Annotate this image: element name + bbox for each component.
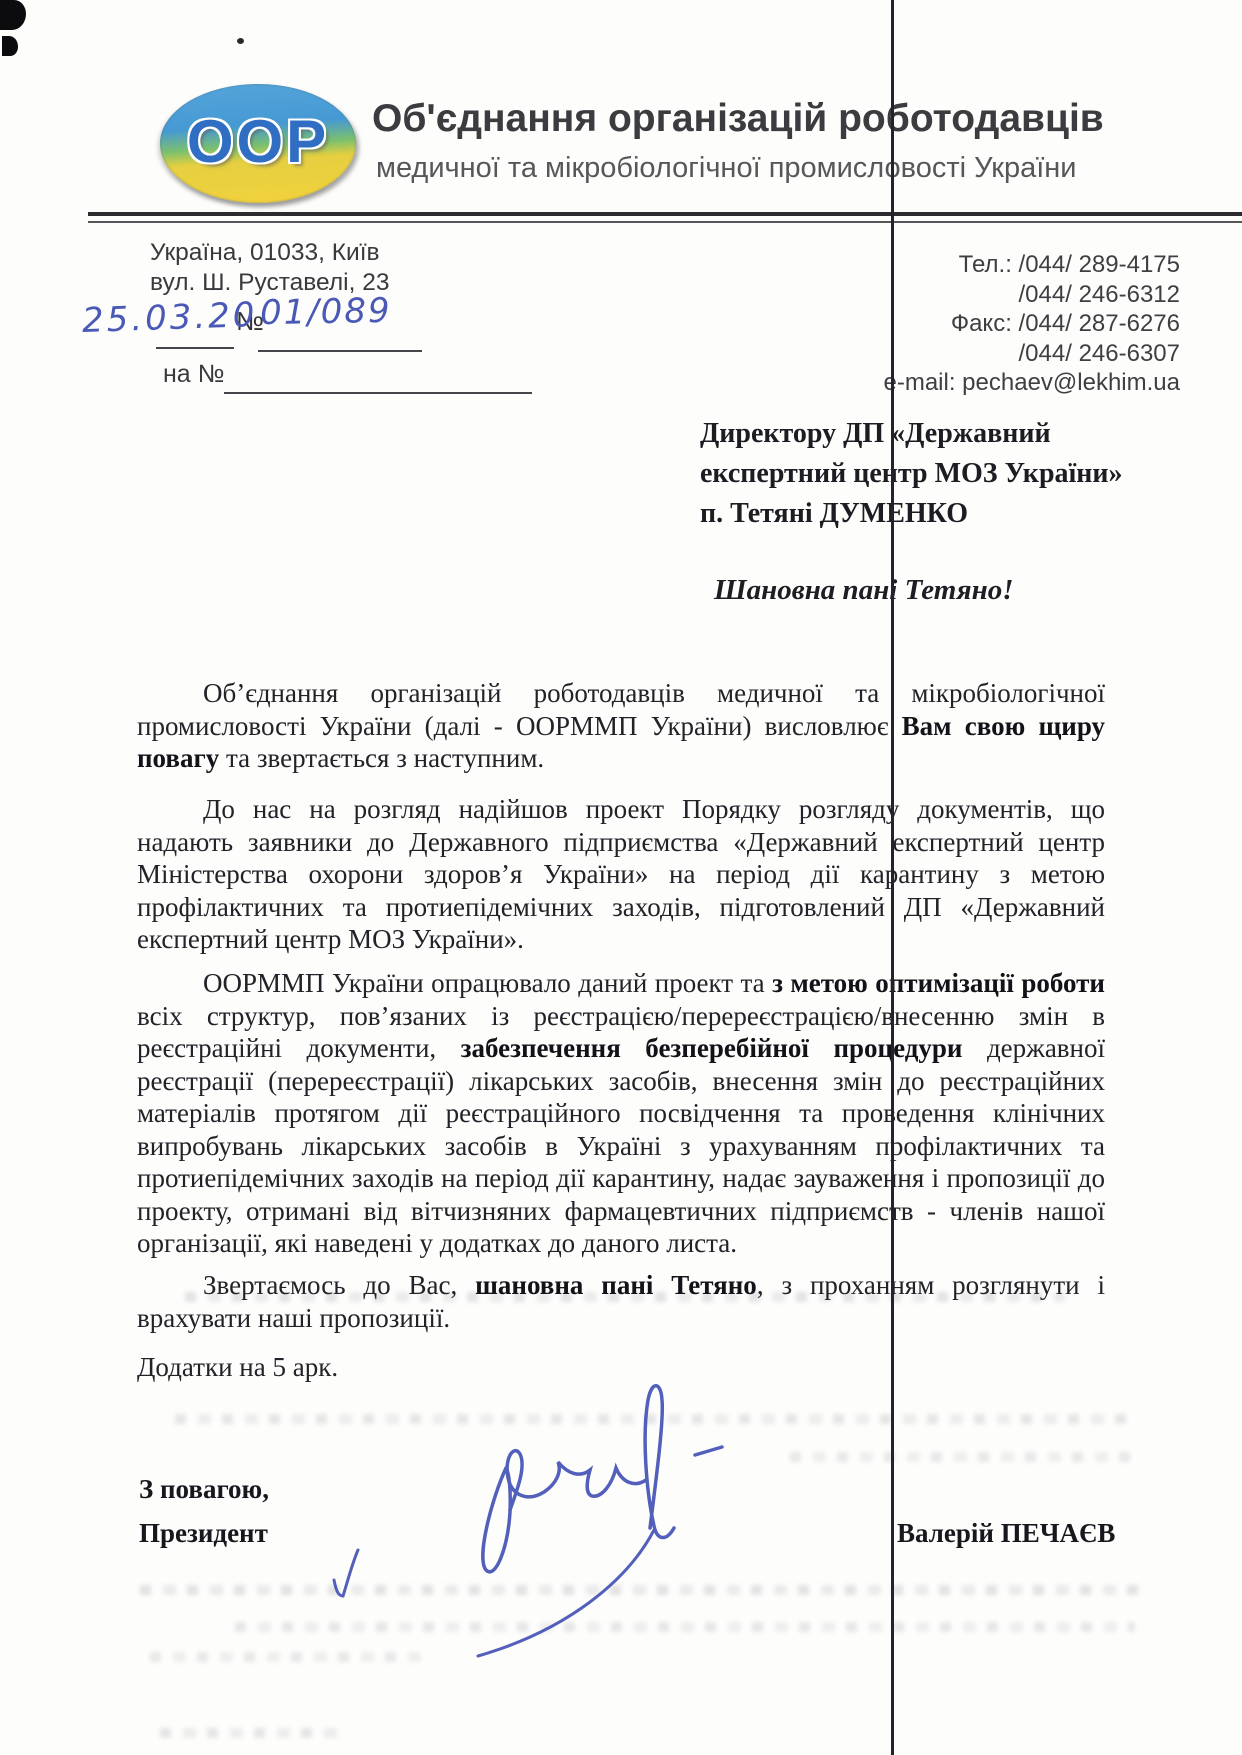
handwritten-outgoing-number: 01/089 [260, 291, 392, 333]
phone-line-2: /044/ 246-6312 [884, 280, 1181, 310]
header-divider-thin [88, 221, 1242, 223]
email-line: e-mail: pechaev@lekhim.ua [884, 368, 1181, 398]
fax-line-1: Факс: /044/ 287-6276 [884, 309, 1181, 339]
incoming-number-underline [224, 392, 532, 394]
scan-edge-artifact [0, 0, 26, 30]
scan-speck-artifact [237, 38, 244, 44]
bleed-through-artifact [160, 1728, 345, 1738]
body-paragraph-1: Об’єднання організацій роботодавців меди… [137, 677, 1105, 775]
recipient-block: Директору ДП «Державний експертний центр… [700, 414, 1123, 534]
date-underline [156, 347, 234, 349]
scanned-letter-page: ООР Об'єднання організацій роботодавців … [0, 0, 1242, 1755]
recipient-line-1: Директору ДП «Державний [700, 414, 1123, 454]
signer-name: Валерій ПЕЧАЄВ [897, 1518, 1115, 1549]
signature-middle-squiggle [507, 1451, 646, 1510]
closing-phrase: З повагою, [139, 1474, 269, 1505]
body-paragraph-2: До нас на розгляд надійшов проект Порядк… [137, 793, 1105, 956]
signature-dash [695, 1447, 722, 1455]
oor-logo: ООР [160, 84, 356, 203]
salutation: Шановна пані Тетяно! [714, 574, 1014, 607]
body-paragraph-3: ООРММП України опрацювало даний проект т… [137, 967, 1105, 1260]
incoming-number-label: на № [163, 360, 224, 389]
scan-edge-artifact [2, 36, 18, 56]
signature-first-letter [483, 1468, 510, 1572]
organization-subtitle: медичної та мікробіологічної промисловос… [376, 152, 1077, 185]
attachments-note: Додатки на 5 арк. [137, 1352, 338, 1383]
signer-title: Президент [139, 1518, 268, 1549]
scan-fold-line [891, 0, 894, 1755]
phone-line-1: Тел.: /044/ 289-4175 [884, 250, 1181, 280]
handwritten-date: 25.03.20 [81, 295, 258, 341]
recipient-line-3: п. Тетяні ДУМЕНКО [700, 494, 1123, 534]
oor-logo-text: ООР [187, 107, 329, 176]
signature-tall-loop [645, 1386, 674, 1538]
signature-check-stroke [334, 1550, 358, 1596]
address-line-1: Україна, 01033, Київ [150, 238, 389, 268]
contacts-block: Тел.: /044/ 289-4175 /044/ 246-6312 Факс… [884, 250, 1181, 398]
handwritten-signature [310, 1350, 740, 1660]
organization-name: Об'єднання організацій роботодавців [372, 97, 1104, 141]
number-underline [258, 350, 422, 352]
fax-line-2: /044/ 246-6307 [884, 339, 1181, 369]
body-paragraph-4: Звертаємось до Вас, шановна пані Тетяно,… [137, 1269, 1105, 1334]
header-divider-thick [88, 212, 1242, 216]
bleed-through-artifact [790, 1452, 1140, 1462]
recipient-line-2: експертний центр МОЗ України» [700, 454, 1123, 494]
address-block: Україна, 01033, Київ вул. Ш. Руставелі, … [150, 238, 389, 298]
